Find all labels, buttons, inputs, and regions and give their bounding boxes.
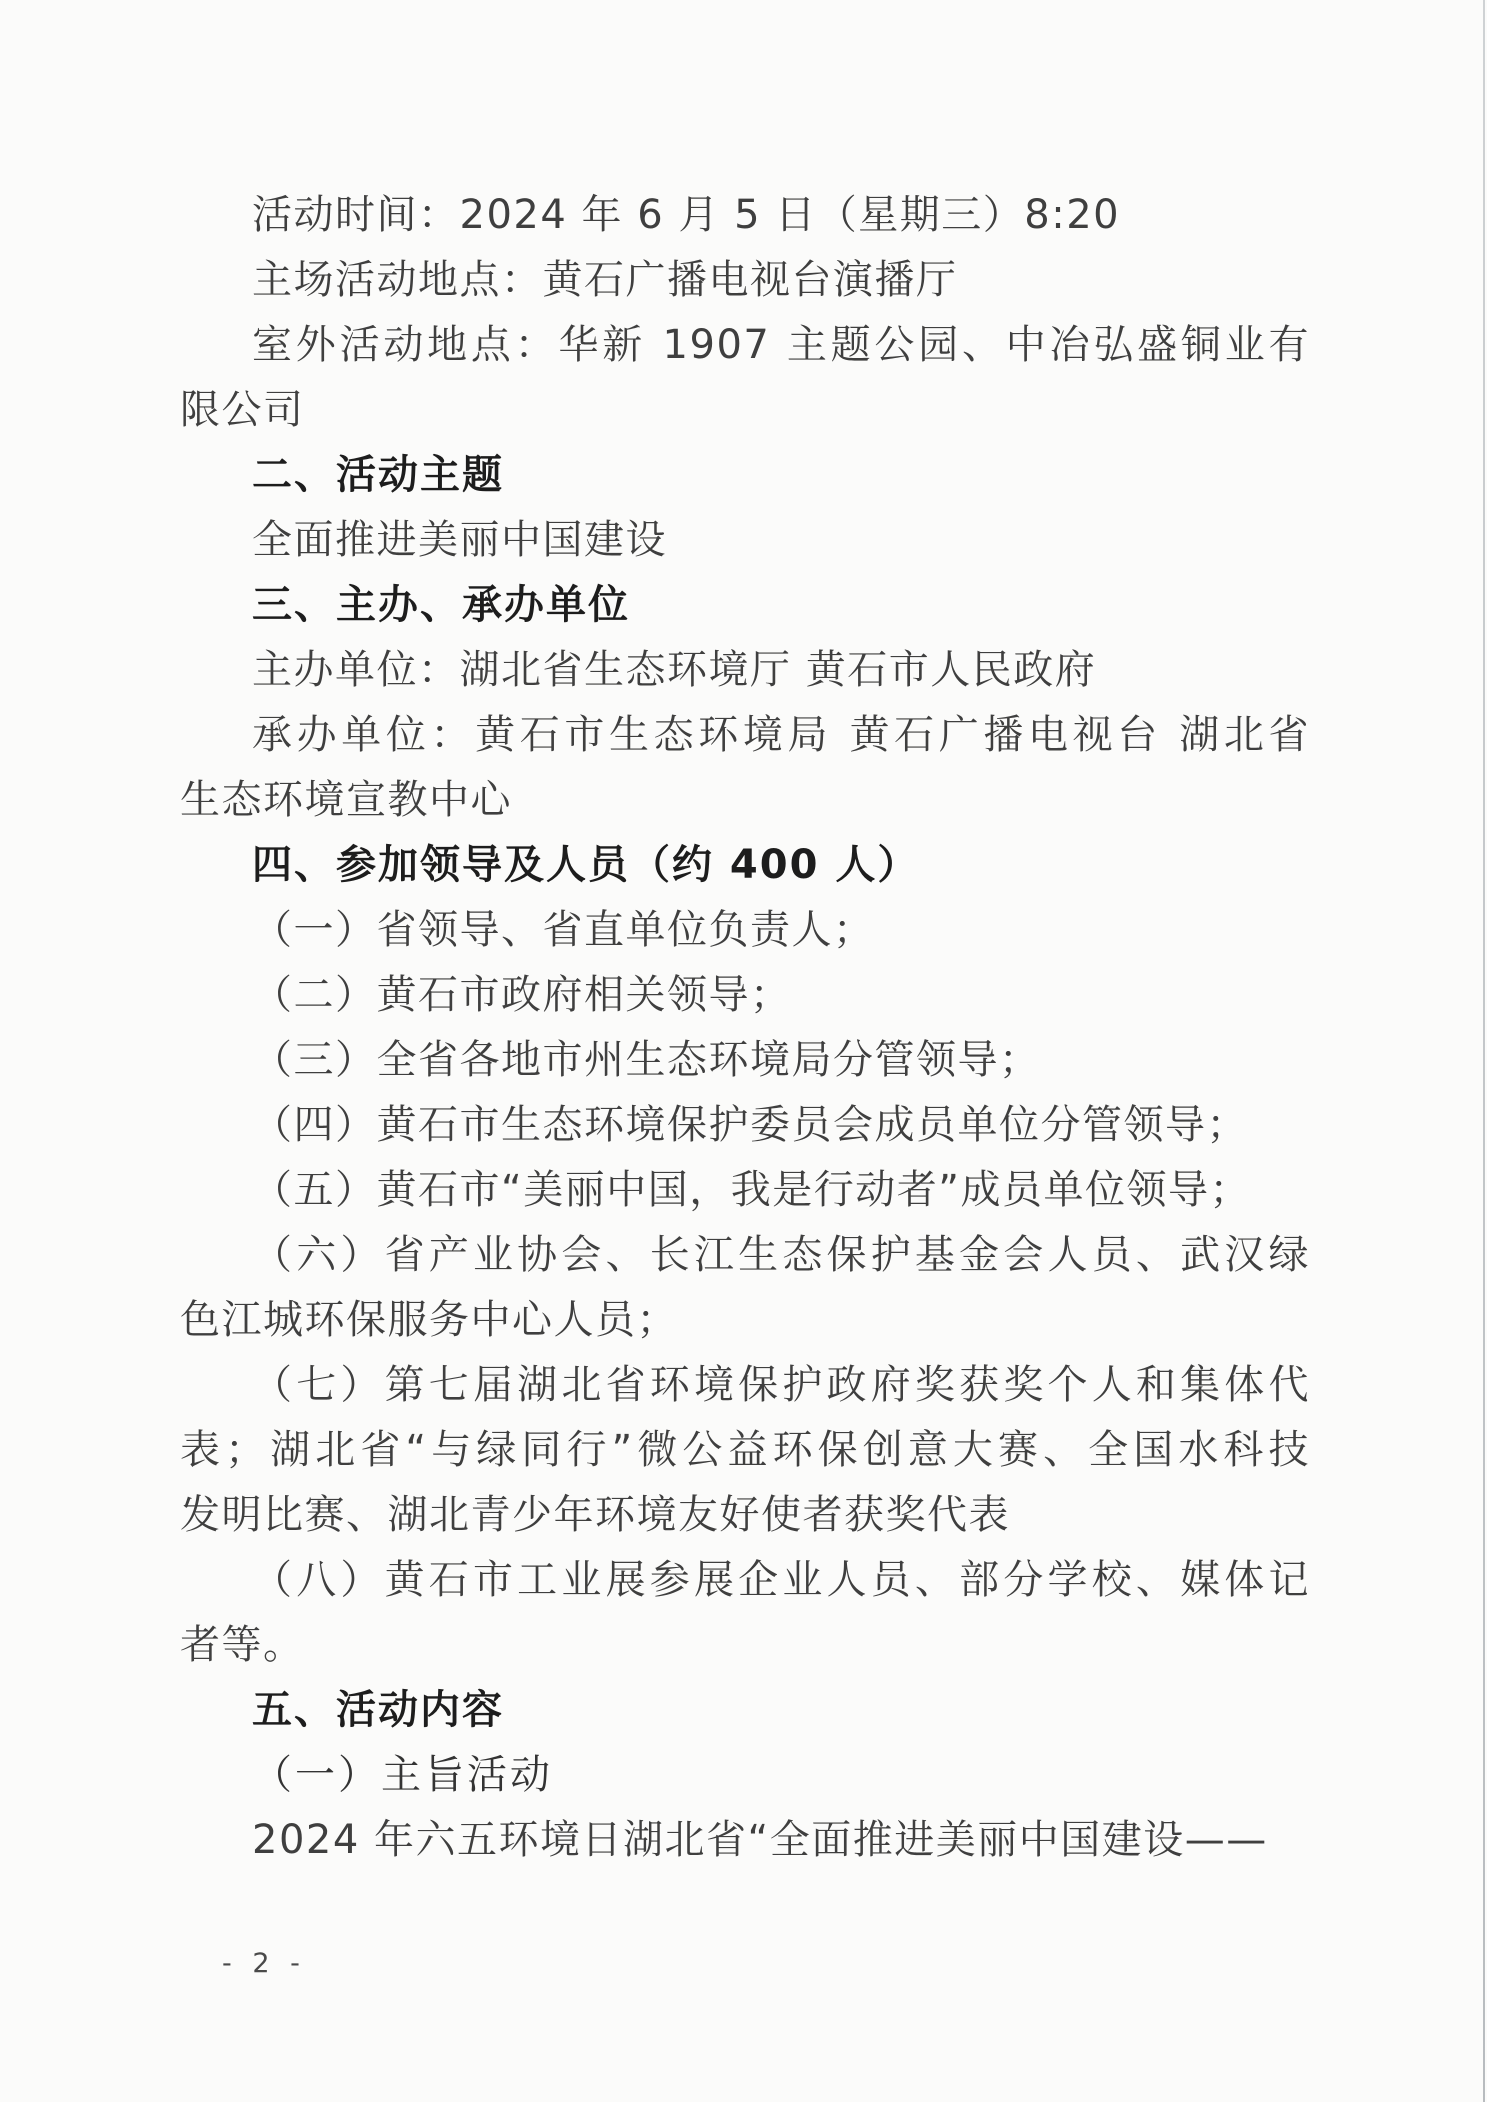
page-number: - 2 - xyxy=(222,1948,306,1979)
document-line: 二、活动主题 xyxy=(180,443,1310,508)
document-line: （二）黄石市政府相关领导； xyxy=(180,963,1310,1028)
document-line: （七）第七届湖北省环境保护政府奖获奖个人和集体代 xyxy=(180,1353,1310,1418)
document-line: （一）主旨活动 xyxy=(180,1743,1310,1808)
scan-edge-line xyxy=(1483,0,1485,2102)
document-line: （五）黄石市“美丽中国，我是行动者”成员单位领导； xyxy=(180,1158,1310,1223)
document-line: 五、活动内容 xyxy=(180,1678,1310,1743)
document-line: 室外活动地点：华新 1907 主题公园、中冶弘盛铜业有 xyxy=(180,313,1310,378)
document-line: （八）黄石市工业展参展企业人员、部分学校、媒体记 xyxy=(180,1548,1310,1613)
document-line: 主场活动地点：黄石广播电视台演播厅 xyxy=(180,248,1310,313)
document-line: 2024 年六五环境日湖北省“全面推进美丽中国建设—— xyxy=(180,1808,1310,1873)
document-line: 主办单位：湖北省生态环境厅 黄石市人民政府 xyxy=(180,638,1310,703)
document-line: 色江城环保服务中心人员； xyxy=(180,1288,1310,1353)
document-line: 发明比赛、湖北青少年环境友好使者获奖代表 xyxy=(180,1483,1310,1548)
document-page: 活动时间：2024 年 6 月 5 日（星期三）8:20主场活动地点：黄石广播电… xyxy=(0,0,1487,2102)
document-line: 限公司 xyxy=(180,378,1310,443)
document-line: 活动时间：2024 年 6 月 5 日（星期三）8:20 xyxy=(180,183,1310,248)
document-line: （四）黄石市生态环境保护委员会成员单位分管领导； xyxy=(180,1093,1310,1158)
document-line: 承办单位：黄石市生态环境局 黄石广播电视台 湖北省 xyxy=(180,703,1310,768)
document-line: 者等。 xyxy=(180,1613,1310,1678)
document-line: 四、参加领导及人员（约 400 人） xyxy=(180,833,1310,898)
document-line: 生态环境宣教中心 xyxy=(180,768,1310,833)
document-line: （三）全省各地市州生态环境局分管领导； xyxy=(180,1028,1310,1093)
document-line: 三、主办、承办单位 xyxy=(180,573,1310,638)
document-line: 表；湖北省“与绿同行”微公益环保创意大赛、全国水科技 xyxy=(180,1418,1310,1483)
document-line: （一）省领导、省直单位负责人； xyxy=(180,898,1310,963)
document-line: （六）省产业协会、长江生态保护基金会人员、武汉绿 xyxy=(180,1223,1310,1288)
document-content: 活动时间：2024 年 6 月 5 日（星期三）8:20主场活动地点：黄石广播电… xyxy=(180,183,1310,1873)
document-line: 全面推进美丽中国建设 xyxy=(180,508,1310,573)
